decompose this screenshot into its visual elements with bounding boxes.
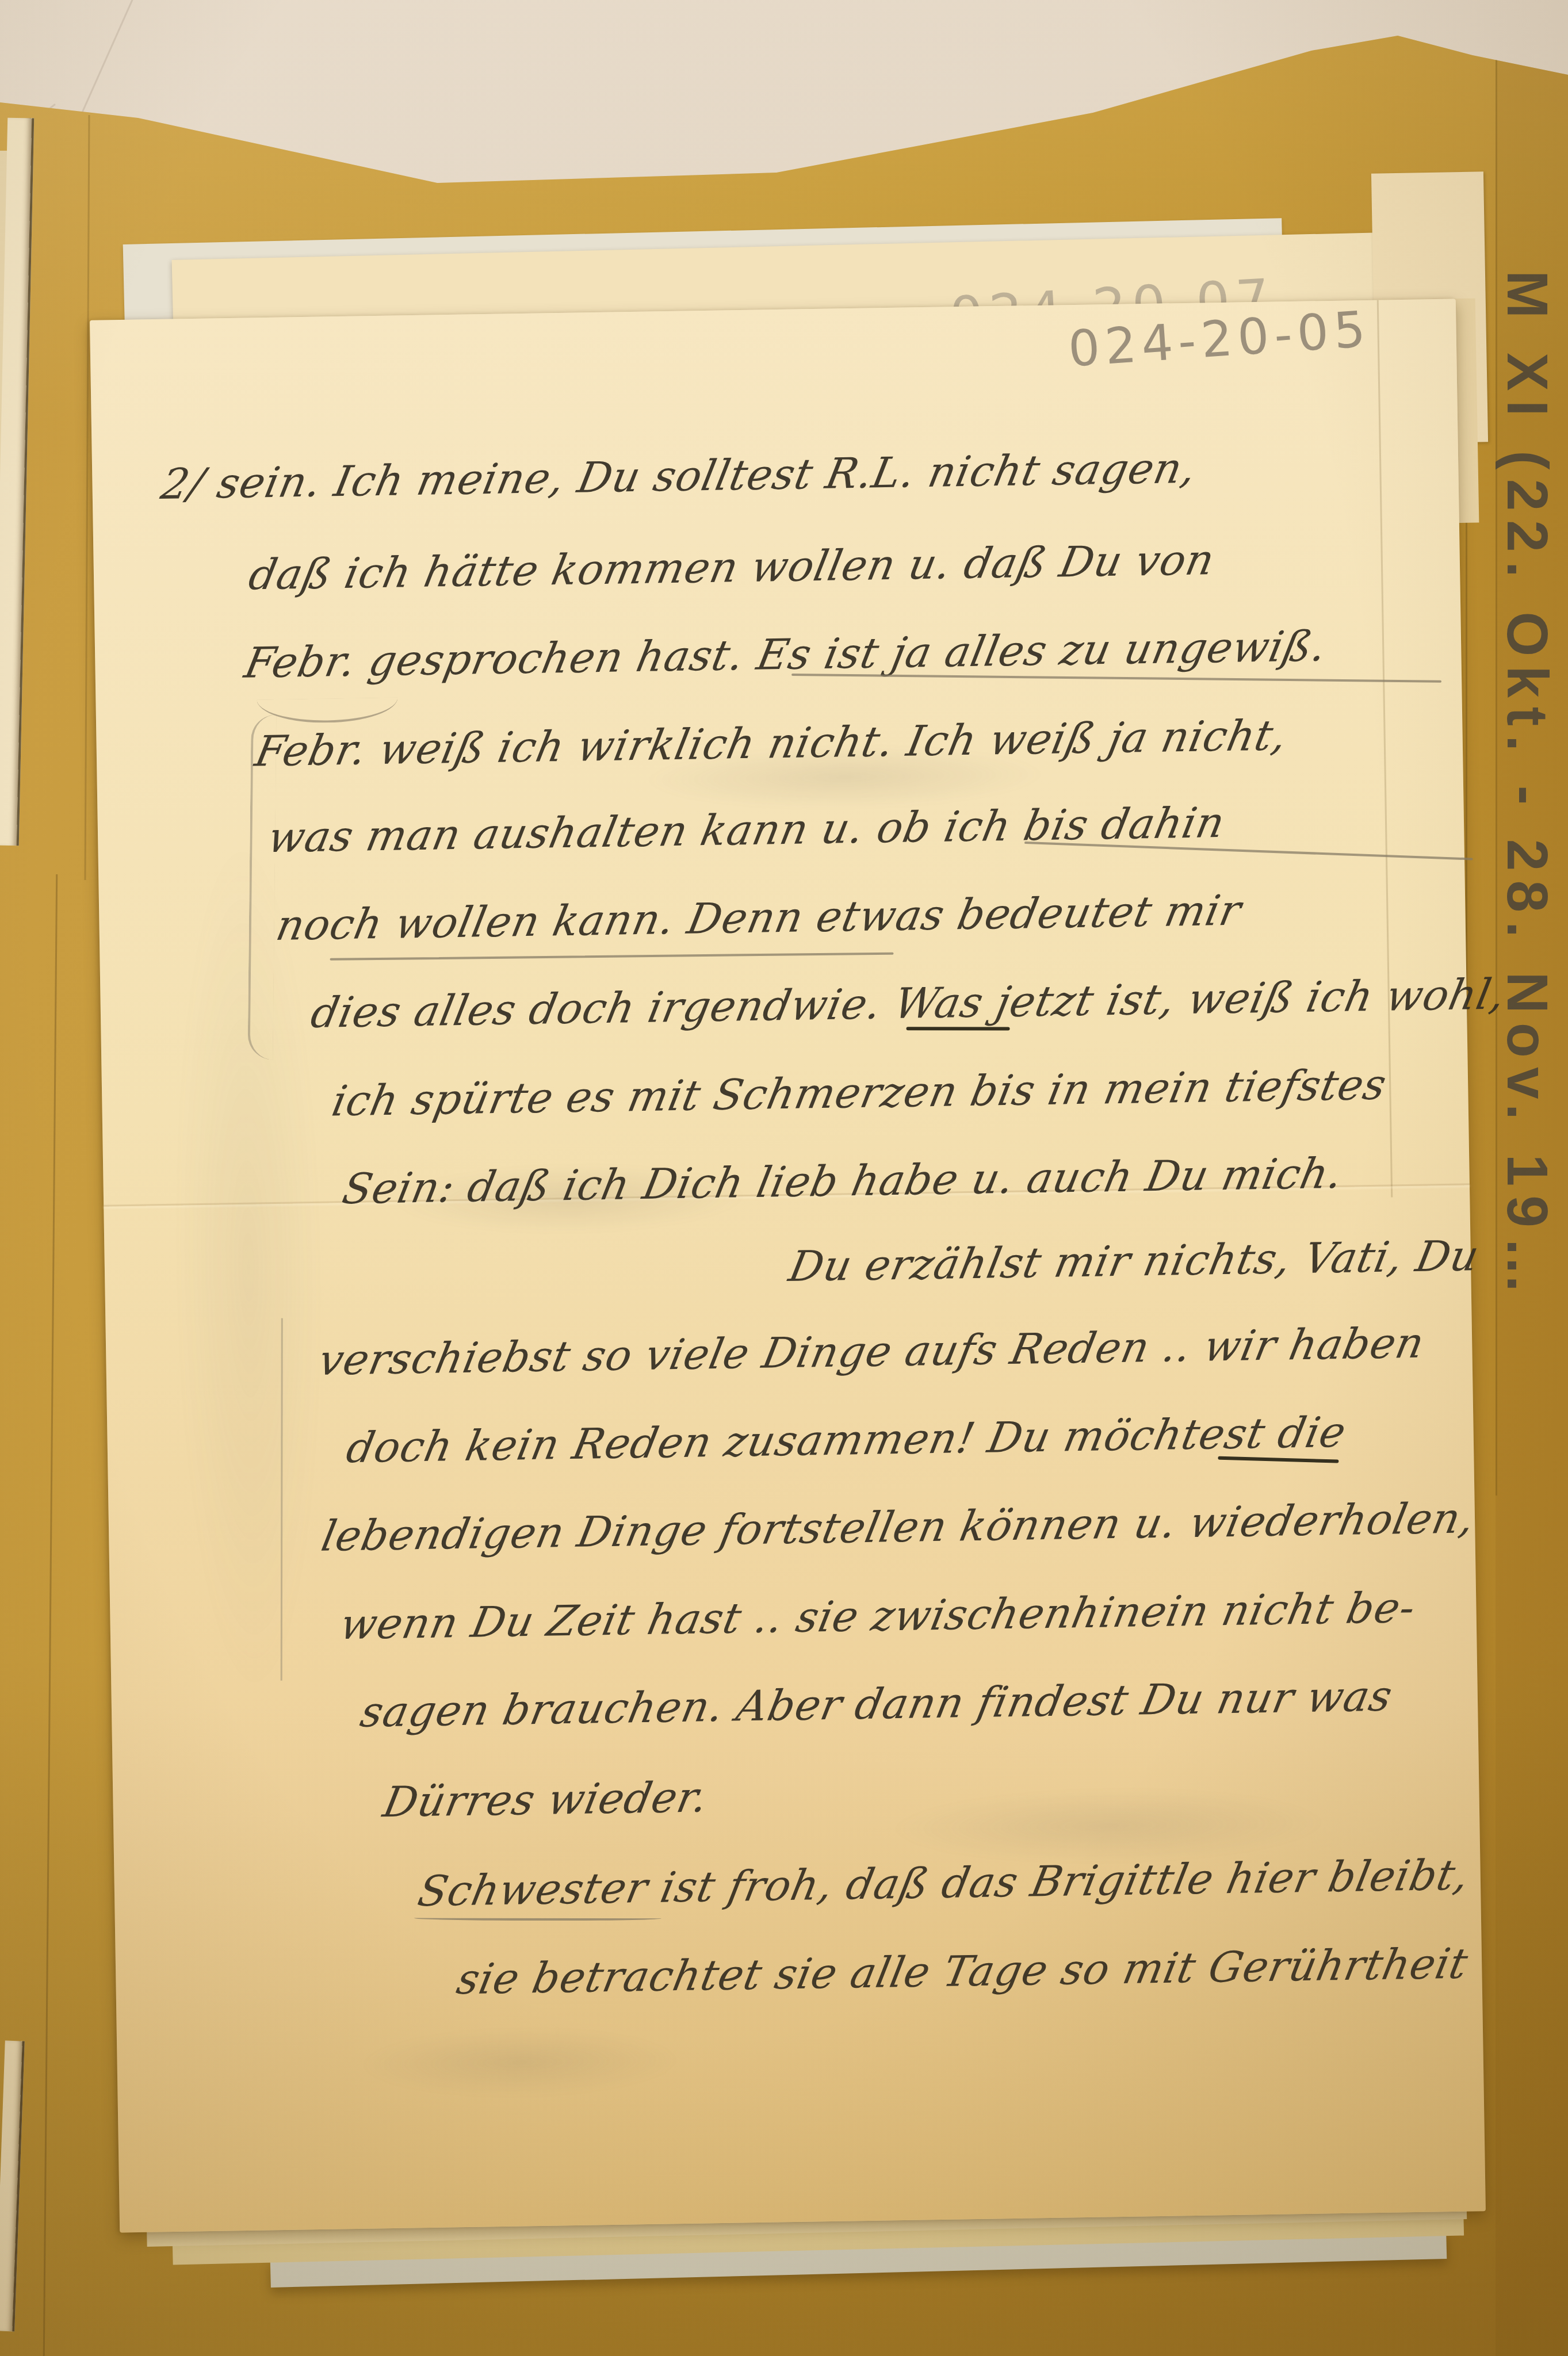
- archive-photo: { "photo_labels": { "pencil_number_front…: [0, 0, 1568, 2356]
- ink-bleedthrough: [358, 2025, 682, 2099]
- handwritten-line: sie betrachtet sie alle Tage so mit Gerü…: [453, 1939, 1472, 2004]
- handwritten-line: Dürres wieder.: [379, 1773, 712, 1827]
- letter-page: 024-20-05 2/ sein. Ich meine, Du solltes…: [90, 299, 1486, 2233]
- pencil-underline-curved: [257, 698, 398, 724]
- handwritten-line: ich spürte es mit Schmerzen bis in mein …: [328, 1060, 1391, 1126]
- pencil-margin-mark: [247, 714, 276, 1060]
- folder-side-label: M XI (22. Okt. - 28. Nov. 19…: [1491, 270, 1560, 1168]
- pencil-underline: [414, 1918, 661, 1921]
- handwritten-line: Du erzählst mir nichts, Vati, Du: [785, 1231, 1483, 1291]
- handwritten-line: doch kein Reden zusammen! Du möchtest di…: [343, 1408, 1351, 1473]
- handwritten-line: 2/ sein. Ich meine, Du solltest R.L. nic…: [157, 444, 1200, 510]
- handwritten-line: verschiebst so viele Dinge aufs Reden ..…: [315, 1319, 1428, 1385]
- ink-underline: [907, 1027, 1010, 1030]
- handwritten-line: lebendigen Dinge fortstellen können u. w…: [318, 1494, 1479, 1561]
- handwritten-line: Schwester ist froh, daß das Brigittle hi…: [414, 1850, 1474, 1916]
- pencil-underline: [1024, 842, 1473, 860]
- handwritten-line: wenn Du Zeit hast .. sie zwischenhinein …: [336, 1584, 1420, 1650]
- handwritten-line: noch wollen kann. Denn etwas bedeutet mi…: [272, 886, 1245, 950]
- handwritten-line: Sein: daß ich Dich lieb habe u. auch Du …: [338, 1149, 1347, 1214]
- handwritten-line: Febr. weiß ich wirklich nicht. Ich weiß …: [251, 711, 1292, 776]
- handwritten-line: daß ich hätte kommen wollen u. daß Du vo…: [245, 536, 1219, 600]
- handwritten-line: was man aushalten kann u. ob ich bis dah…: [264, 798, 1229, 862]
- pencil-underline: [791, 674, 1441, 683]
- pencil-archive-number: 024-20-05: [1066, 300, 1372, 378]
- pencil-underline: [330, 953, 894, 961]
- handwritten-line: sagen brauchen. Aber dann findest Du nur…: [357, 1672, 1397, 1737]
